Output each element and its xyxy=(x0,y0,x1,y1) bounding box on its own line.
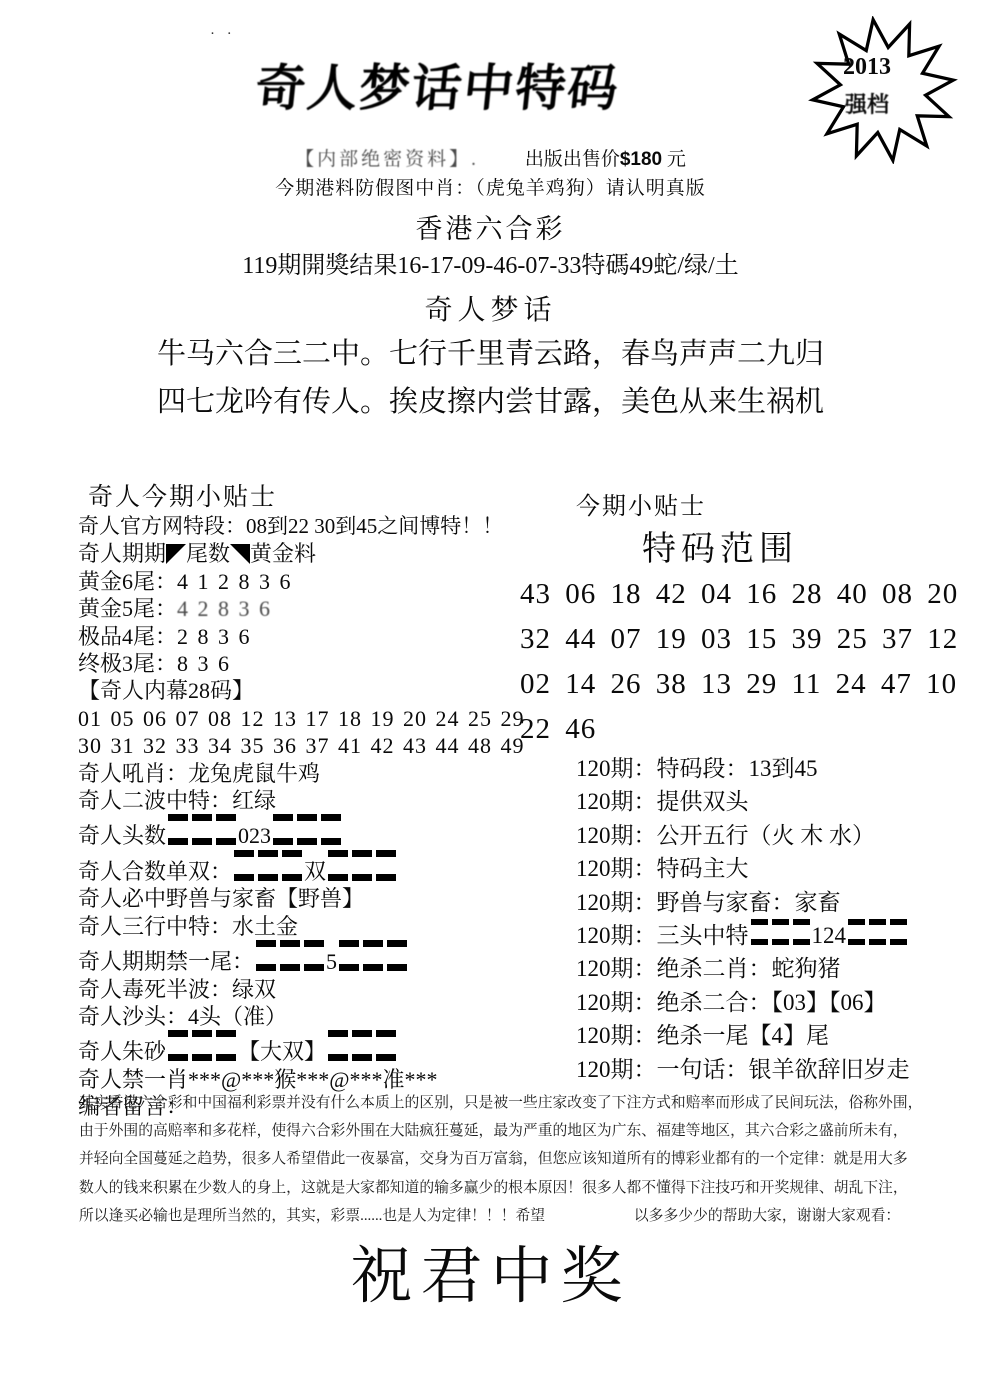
range-row: 22 46 xyxy=(520,707,970,752)
closing-blessing: 祝君中奖 xyxy=(0,1226,981,1315)
ban-tail-value: 5 xyxy=(326,949,337,974)
head-number-prefix: 奇人头数 xyxy=(78,823,166,848)
triangle-left-icon xyxy=(166,544,186,564)
inside28-row-2: 30 31 32 33 34 35 36 37 41 42 43 44 48 4… xyxy=(78,732,530,759)
scanned-lottery-sheet: · · 奇人梦话中特码 2013 强档 【内部绝密资料】.出版出售价$180 元… xyxy=(0,0,981,1388)
censor-bars xyxy=(352,1030,372,1061)
issue-line: 120期：绝杀二肖：蛇狗猪 xyxy=(576,952,970,985)
censor-bars xyxy=(376,850,396,881)
censor-bars xyxy=(273,814,293,845)
left-tips-column: 奇人今期小贴士 奇人官方网特段：08到22 30到45之间博特！！ 奇人期期尾数… xyxy=(78,483,530,1121)
censor-bars xyxy=(848,919,865,945)
range-row: 02 14 26 38 13 29 11 24 47 10 xyxy=(520,662,970,707)
censor-bars xyxy=(258,850,278,881)
official-range-line: 奇人官方网特段：08到22 30到45之间博特！！ xyxy=(78,513,530,540)
censor-bars xyxy=(363,940,383,971)
range-row: 32 44 07 19 03 15 39 25 37 12 xyxy=(520,617,970,662)
censor-bars xyxy=(216,1030,236,1061)
gold6-row: 黄金6尾：4 1 2 8 3 6 xyxy=(78,568,530,595)
left-tips-title: 奇人今期小贴士 xyxy=(78,483,530,513)
secret-label: 【内部绝密资料】. xyxy=(295,149,479,170)
tail-header-mid: 尾数 xyxy=(186,541,230,566)
gold5-row: 黄金5尾：4 2 8 3 6 xyxy=(78,595,530,622)
censor-bars xyxy=(256,940,276,971)
note-line: 其实香港六合彩和中国福利彩票并没有什么本质上的区别，只是被一些庄家改变了下注方式… xyxy=(79,1089,919,1117)
censor-bars xyxy=(352,850,372,881)
censor-bars xyxy=(234,850,254,881)
best4-label: 极品4尾： xyxy=(78,624,177,649)
head-number-line: 奇人头数023 xyxy=(78,814,530,849)
sum-oddeven-line: 奇人合数单双：双 xyxy=(78,850,530,885)
sum-oddeven-prefix: 奇人合数单双： xyxy=(78,859,232,884)
gold6-value: 4 1 2 8 3 6 xyxy=(177,569,292,594)
note-line: 并轻向全国蔓延之趋势，很多人希望借此一夜暴富，交身为百万富翁，但您应该知道所有的… xyxy=(79,1145,919,1173)
censor-bars xyxy=(387,940,407,971)
inside28-title: 【奇人内幕28码】 xyxy=(78,677,530,704)
scan-dots: · · xyxy=(210,26,236,43)
issue-line-three-head: 120期：三头中特124 xyxy=(576,919,970,952)
best4-row: 极品4尾：2 8 3 6 xyxy=(78,623,530,650)
two-wave-line: 奇人二波中特：红绿 xyxy=(78,787,530,814)
special-range-title: 特码范围 xyxy=(510,528,930,572)
cinnabar-value: 【大双】 xyxy=(238,1039,326,1064)
poem-line-1: 牛马六合三二中。七行千里青云路，春鸟声声二九归 xyxy=(0,331,981,372)
censor-bars xyxy=(168,1030,188,1061)
gold5-label: 黄金5尾： xyxy=(78,596,177,621)
roar-zodiac-line: 奇人吼肖：龙兔虎鼠牛鸡 xyxy=(78,760,530,787)
badge-label: 强档 xyxy=(792,88,942,119)
cinnabar-prefix: 奇人朱砂 xyxy=(78,1039,166,1064)
issue-line: 120期：一句话：银羊欲辞旧岁走 xyxy=(576,1053,970,1086)
badge-year: 2013 xyxy=(792,54,942,81)
issue-line: 120期：绝杀二合：【03】【06】 xyxy=(576,986,970,1019)
censor-bars xyxy=(297,814,317,845)
censor-bars xyxy=(339,940,359,971)
draw-result: 119期開獎结果16-17-09-46-07-33特碼49蛇/绿/土 xyxy=(0,245,981,280)
final3-label: 终极3尾： xyxy=(78,651,177,676)
note-line: 数人的钱来积累在少数人的身上，这就是大家都知道的输多赢少的根本原因！很多人都不懂… xyxy=(79,1174,919,1202)
dream-section-title: 奇人梦话 xyxy=(0,288,981,328)
censor-bars xyxy=(192,814,212,845)
censor-bars xyxy=(328,1030,348,1061)
right-tips-column: 今期小贴士 特码范围 43 06 18 42 04 16 28 40 08 20… xyxy=(510,492,970,1086)
three-head-prefix: 120期：三头中特 xyxy=(576,923,749,948)
price-line: 【内部绝密资料】.出版出售价$180 元 xyxy=(0,144,981,171)
note-line: 由于外围的高赔率和多花样，使得六合彩外围在大陆疯狂蔓延，最为严重的地区为广东、福… xyxy=(79,1117,919,1145)
censor-bars xyxy=(280,940,300,971)
tail-gold-header: 奇人期期尾数黄金料 xyxy=(78,540,530,567)
inside28-row-1: 01 05 06 07 08 12 13 17 18 19 20 24 25 2… xyxy=(78,705,530,732)
best4-value: 2 8 3 6 xyxy=(177,624,251,649)
censor-bars xyxy=(869,919,886,945)
sum-oddeven-value: 双 xyxy=(304,859,326,884)
page-title: 奇人梦话中特码 xyxy=(194,48,682,120)
gold6-label: 黄金6尾： xyxy=(78,569,177,594)
tail-header-prefix: 奇人期期 xyxy=(78,541,166,566)
poem-line-2: 四七龙吟有传人。挨皮擦内尝甘露，美色从来生祸机 xyxy=(0,379,981,420)
censor-bars xyxy=(216,814,236,845)
triangle-right-icon xyxy=(230,544,250,564)
censor-bars xyxy=(304,940,324,971)
issue-line: 120期：特码段：13到45 xyxy=(576,752,970,785)
issue-line: 120期：野兽与家畜：家畜 xyxy=(576,886,970,919)
ban-tail-prefix: 奇人期期禁一尾： xyxy=(78,949,254,974)
three-head-value: 124 xyxy=(812,923,847,948)
censor-bars xyxy=(282,850,302,881)
issue-line: 120期：提供双头 xyxy=(576,785,970,818)
editor-note-paragraph: 其实香港六合彩和中国福利彩票并没有什么本质上的区别，只是被一些庄家改变了下注方式… xyxy=(79,1089,919,1230)
censor-bars xyxy=(751,919,768,945)
censor-bars xyxy=(793,919,810,945)
issue-line: 120期：特码主大 xyxy=(576,852,970,885)
right-tips-title: 今期小贴士 xyxy=(576,492,970,522)
poison-wave-line: 奇人毒死半波：绿双 xyxy=(78,976,530,1003)
cinnabar-line: 奇人朱砂【大双】 xyxy=(78,1030,530,1065)
sand-head-line: 奇人沙头：4头（准） xyxy=(78,1003,530,1030)
price-amount: $180 xyxy=(620,149,662,170)
censor-bars xyxy=(890,919,907,945)
price-suffix: 元 xyxy=(662,149,686,170)
head-number-value: 023 xyxy=(238,823,271,848)
lottery-name: 香港六合彩 xyxy=(0,207,981,246)
three-element-line: 奇人三行中特：水土金 xyxy=(78,913,530,940)
beast-line: 奇人必中野兽与家畜【野兽】 xyxy=(78,885,530,912)
censor-bars xyxy=(192,1030,212,1061)
range-row: 43 06 18 42 04 16 28 40 08 20 xyxy=(520,572,970,617)
censor-bars xyxy=(168,814,188,845)
gold5-value: 4 2 8 3 6 xyxy=(177,596,271,621)
starburst-badge: 2013 强档 xyxy=(792,16,974,164)
censor-bars xyxy=(772,919,789,945)
censor-bars xyxy=(321,814,341,845)
final3-row: 终极3尾：8 3 6 xyxy=(78,650,530,677)
price-prefix: 出版出售价 xyxy=(525,149,620,170)
antifake-note: 今期港料防假图中肖：（虎兔羊鸡狗）请认明真版 xyxy=(0,173,981,200)
censor-bars xyxy=(328,850,348,881)
final3-value: 8 3 6 xyxy=(177,651,230,676)
ban-tail-line: 奇人期期禁一尾：5 xyxy=(78,940,530,975)
issue-line: 120期：公开五行（火 木 水） xyxy=(576,819,970,852)
issue-line: 120期：绝杀一尾【4】尾 xyxy=(576,1019,970,1052)
tail-header-suffix: 黄金料 xyxy=(250,541,316,566)
censor-bars xyxy=(376,1030,396,1061)
